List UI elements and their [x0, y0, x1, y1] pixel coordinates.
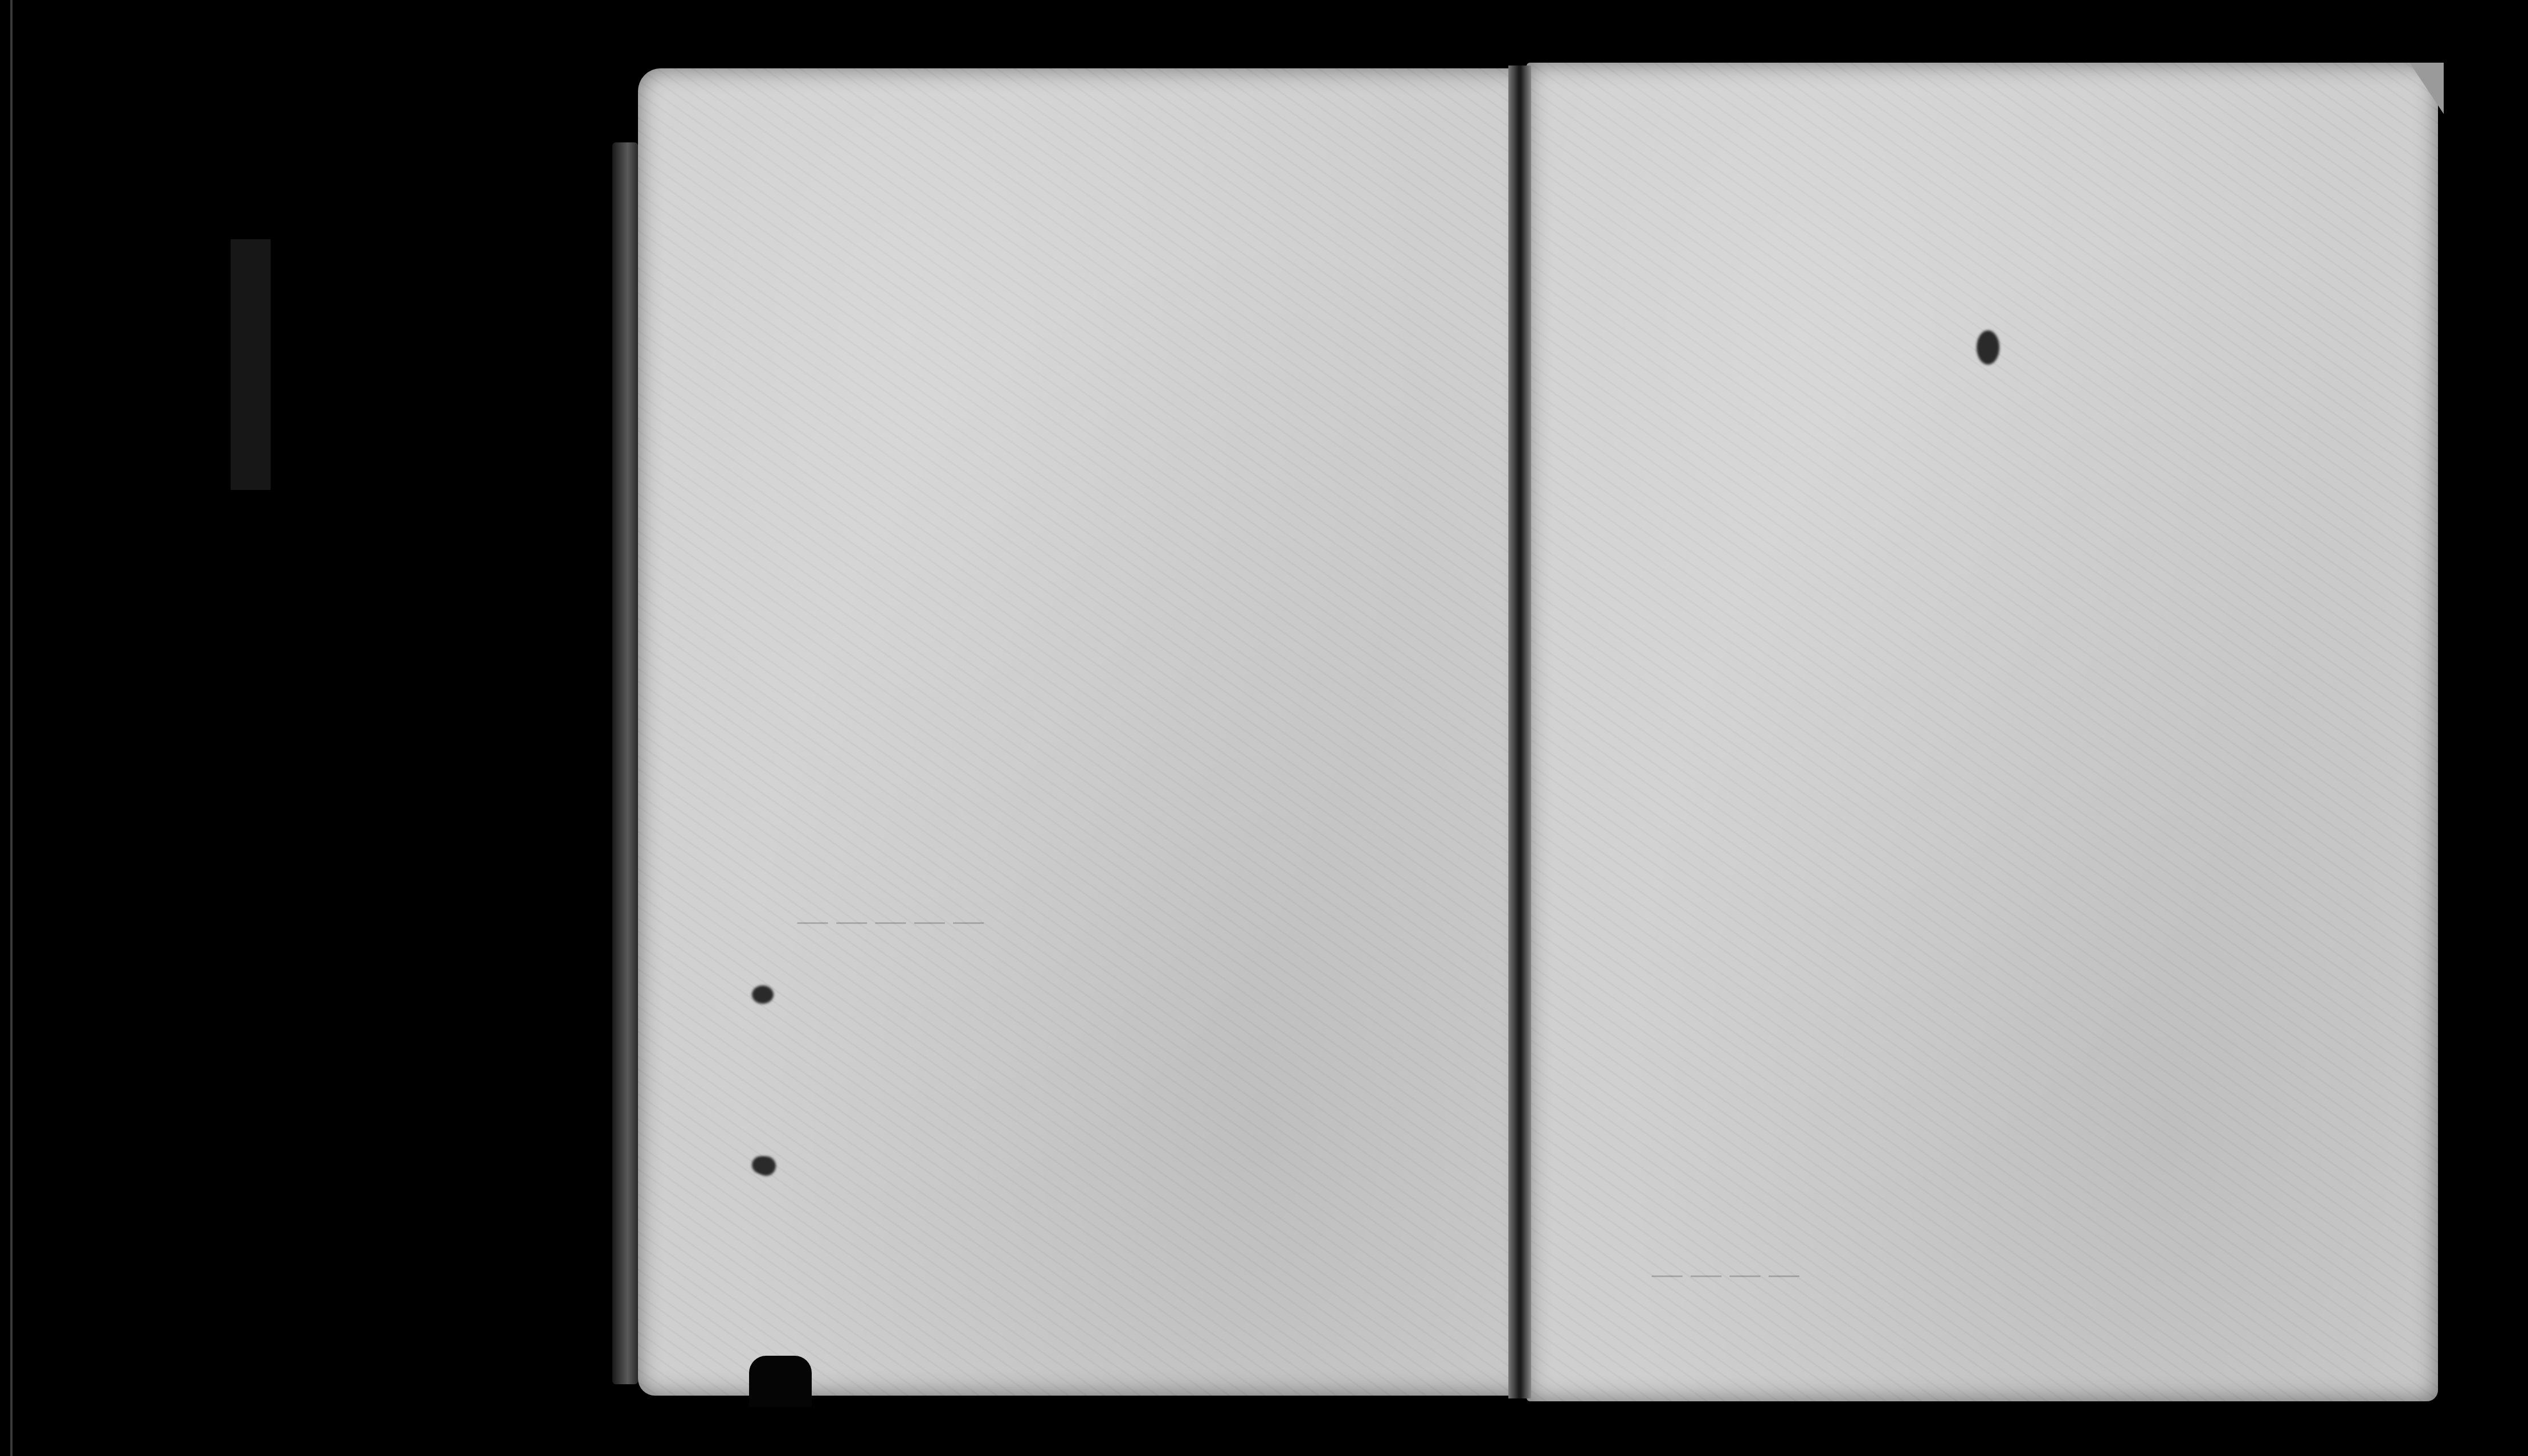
- left-page: [638, 68, 1527, 1396]
- ink-blot: [756, 1156, 776, 1176]
- ink-blot: [1977, 330, 1999, 365]
- show-through-text: — — — —: [1652, 1253, 1799, 1293]
- book-fore-edge: [612, 142, 638, 1384]
- scan-artifact: [231, 239, 271, 490]
- book-gutter: [1508, 66, 1531, 1398]
- binding-tab: [749, 1356, 812, 1407]
- scan-edge-line: [10, 0, 13, 1456]
- show-through-text: — — — — —: [797, 900, 984, 939]
- ink-blot: [752, 985, 774, 1004]
- right-page: [1527, 63, 2438, 1401]
